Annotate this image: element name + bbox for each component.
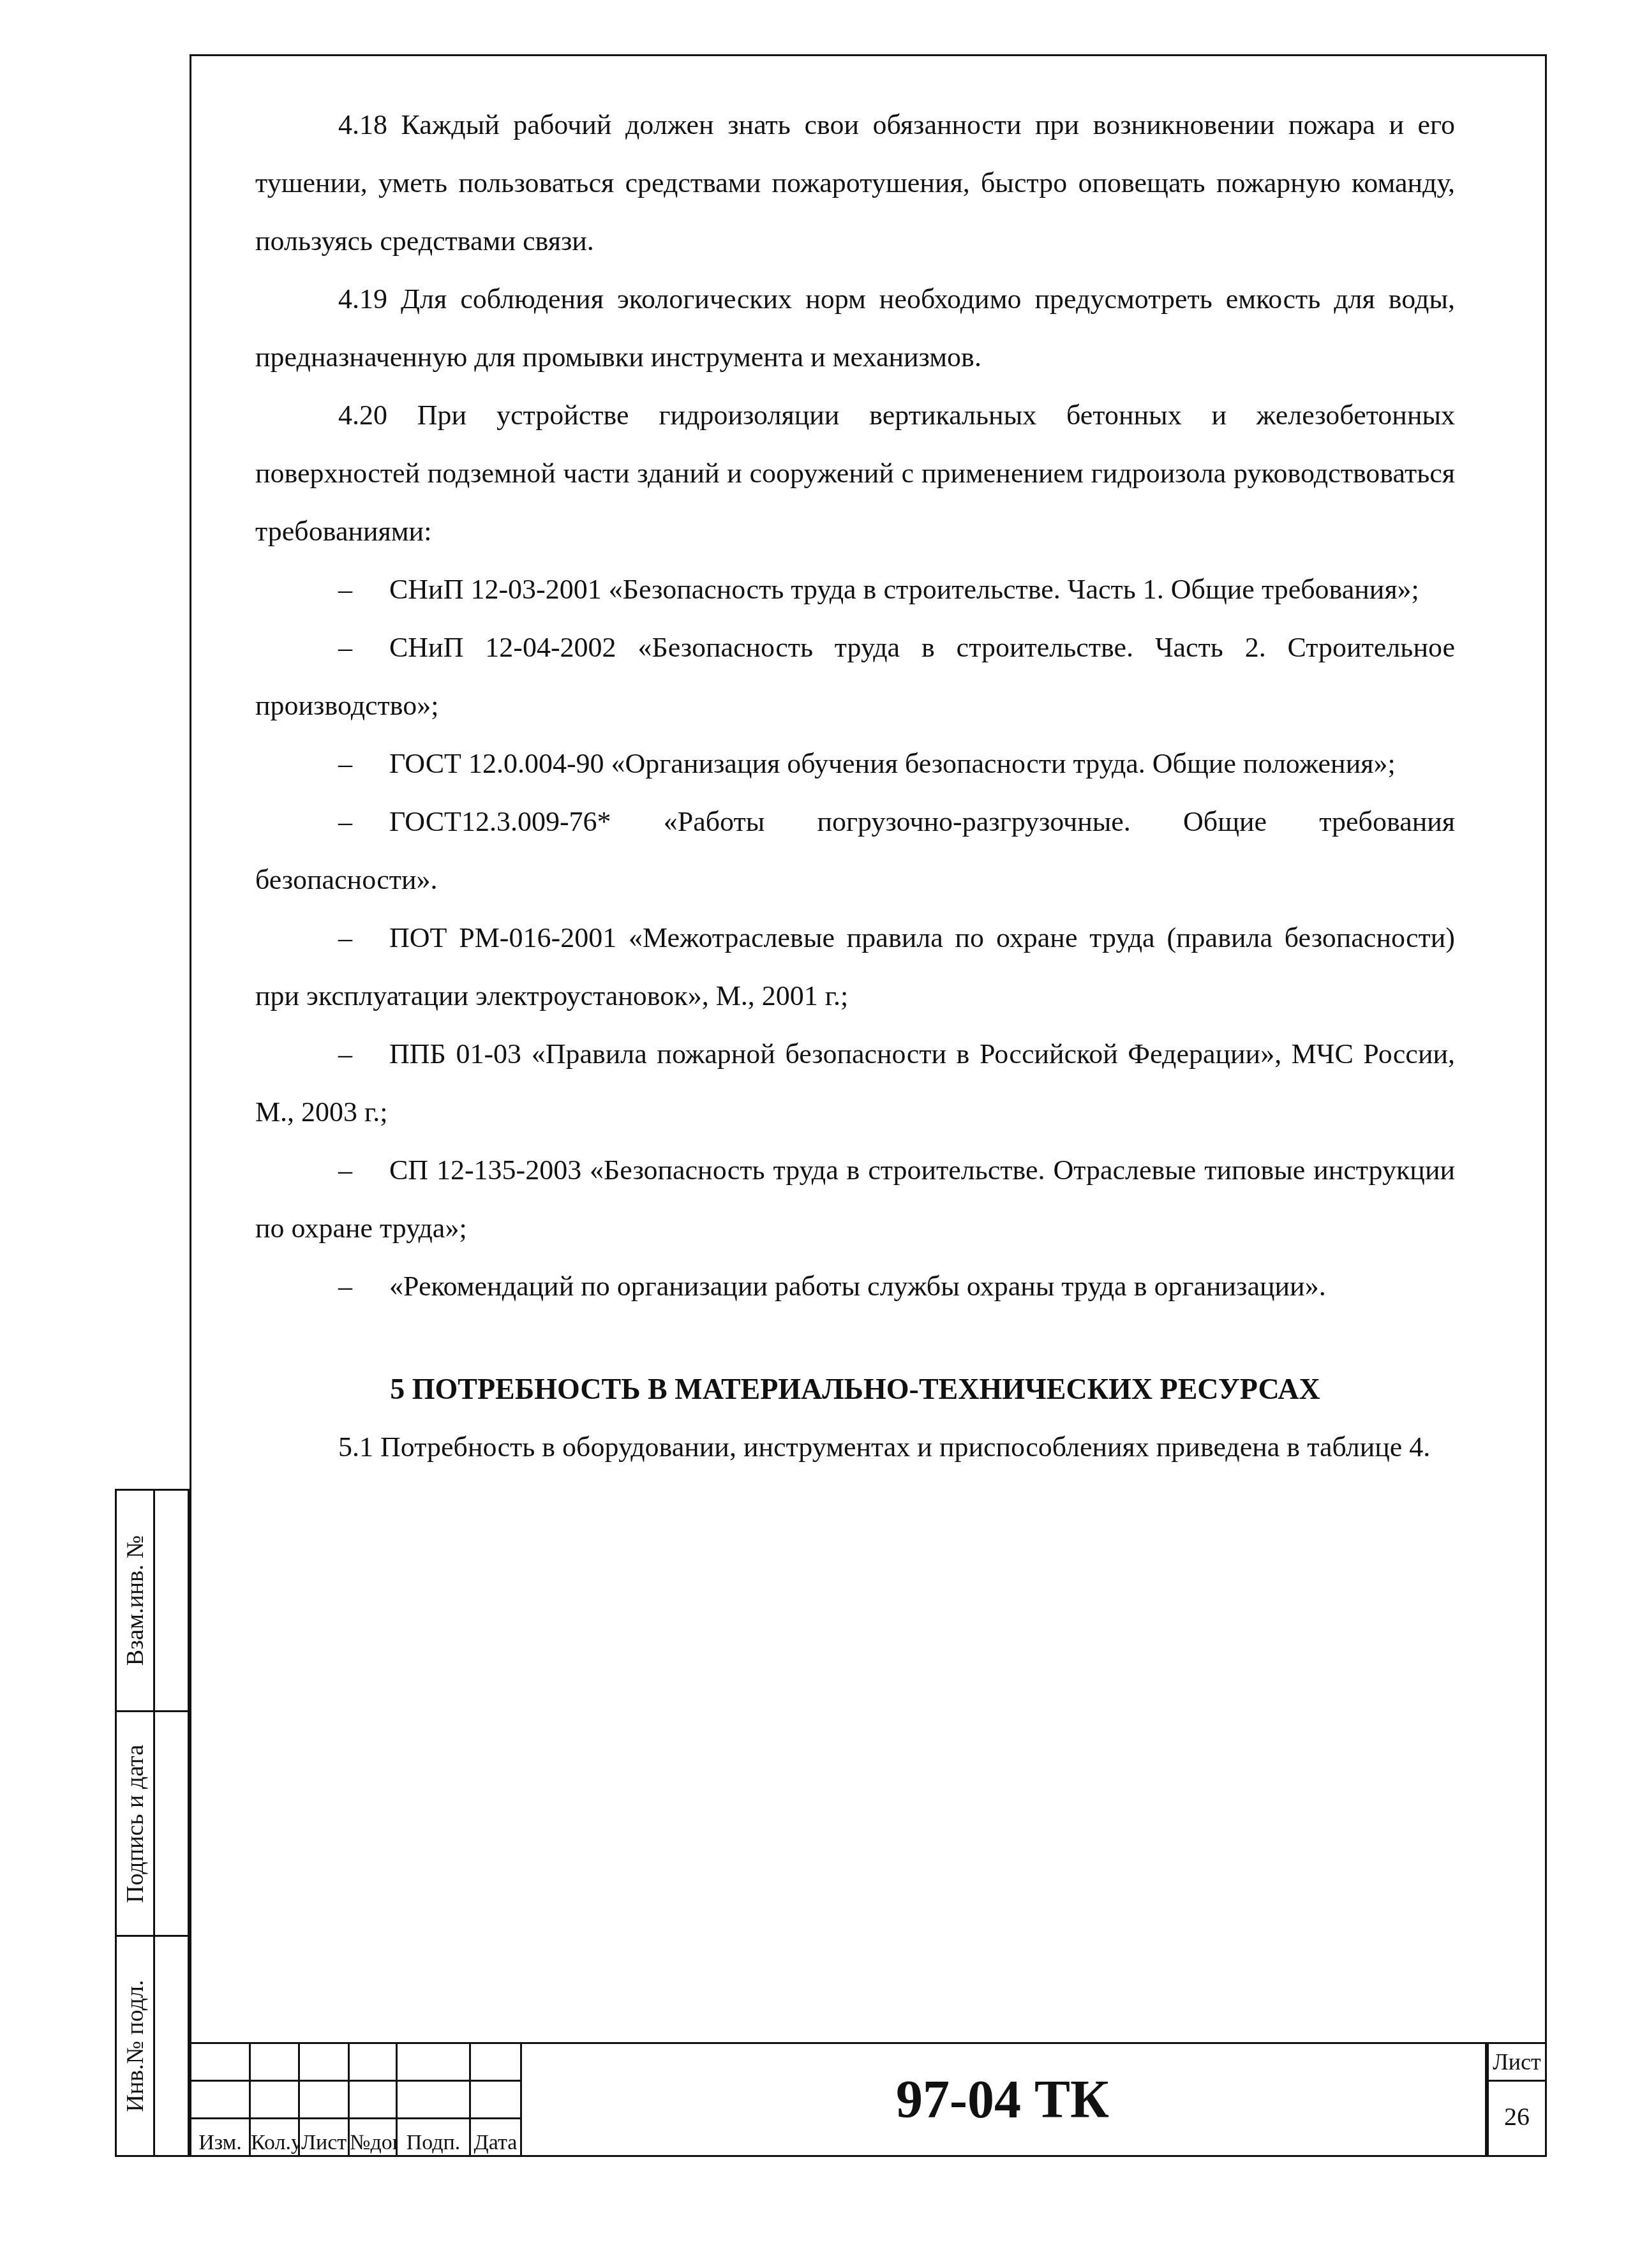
- sheet-label: Лист: [1489, 2044, 1545, 2082]
- stamp-replacement-inventory: Взам.инв. №: [115, 1489, 190, 1712]
- paragraph-4-18: 4.18 Каждый рабочий должен знать свои об…: [255, 96, 1455, 270]
- list-item: –СП 12-135-2003 «Безопасность труда в ст…: [255, 1141, 1455, 1257]
- dash-marker: –: [338, 1141, 389, 1199]
- revision-table: Изм. Кол.уч Лист №док. Подп. Дата: [190, 2042, 522, 2157]
- table-header-row: Изм. Кол.уч Лист №док. Подп. Дата: [191, 2119, 521, 2156]
- col-signature: Подп.: [397, 2119, 470, 2156]
- section-heading: 5 ПОТРЕБНОСТЬ В МАТЕРИАЛЬНО-ТЕХНИЧЕСКИХ …: [255, 1360, 1455, 1418]
- dash-marker: –: [338, 909, 389, 967]
- requirements-list: –СНиП 12-03-2001 «Безопасность труда в с…: [255, 560, 1455, 1315]
- sheet-cell: Лист 26: [1487, 2042, 1547, 2157]
- title-block: Изм. Кол.уч Лист №док. Подп. Дата 97-04 …: [190, 2042, 1547, 2157]
- dash-marker: –: [338, 560, 389, 618]
- stamp-label: Взам.инв. №: [121, 1535, 149, 1666]
- document-body: 4.18 Каждый рабочий должен знать свои об…: [255, 96, 1455, 1476]
- list-item: –ГОСТ12.3.009-76* «Работы погрузочно-раз…: [255, 793, 1455, 909]
- dash-marker: –: [338, 618, 389, 676]
- document-code: 97-04 ТК: [520, 2042, 1487, 2157]
- table-row: [191, 2081, 521, 2119]
- col-sheet: Лист: [299, 2119, 349, 2156]
- dash-marker: –: [338, 1025, 389, 1083]
- dash-marker: –: [338, 1257, 389, 1315]
- stamp-signature-date: Подпись и дата: [115, 1710, 190, 1937]
- list-item: –СНиП 12-03-2001 «Безопасность труда в с…: [255, 560, 1455, 618]
- col-change: Изм.: [191, 2119, 250, 2156]
- col-date: Дата: [470, 2119, 521, 2156]
- side-stamp: Взам.инв. № Подпись и дата Инв.№ подл.: [115, 1489, 190, 2157]
- stamp-original-inventory: Инв.№ подл.: [115, 1935, 190, 2157]
- stamp-label: Подпись и дата: [121, 1744, 149, 1902]
- paragraph-4-19: 4.19 Для соблюдения экологических норм н…: [255, 270, 1455, 386]
- list-item: –ППБ 01-03 «Правила пожарной безопасност…: [255, 1025, 1455, 1141]
- col-doc-number: №док.: [349, 2119, 397, 2156]
- sheet-number: 26: [1489, 2082, 1545, 2152]
- list-item: –«Рекомендаций по организации работы слу…: [255, 1257, 1455, 1315]
- stamp-label: Инв.№ подл.: [121, 1980, 149, 2112]
- paragraph-5-1: 5.1 Потребность в оборудовании, инструме…: [255, 1418, 1455, 1476]
- table-row: [191, 2043, 521, 2081]
- paragraph-4-20: 4.20 При устройстве гидроизоляции вертик…: [255, 386, 1455, 560]
- list-item: –ГОСТ 12.0.004-90 «Организация обучения …: [255, 735, 1455, 793]
- list-item: –ПОТ РМ-016-2001 «Межотраслевые правила …: [255, 909, 1455, 1025]
- dash-marker: –: [338, 735, 389, 793]
- list-item: –СНиП 12-04-2002 «Безопасность труда в с…: [255, 618, 1455, 735]
- col-quantity: Кол.уч: [250, 2119, 299, 2156]
- dash-marker: –: [338, 793, 389, 851]
